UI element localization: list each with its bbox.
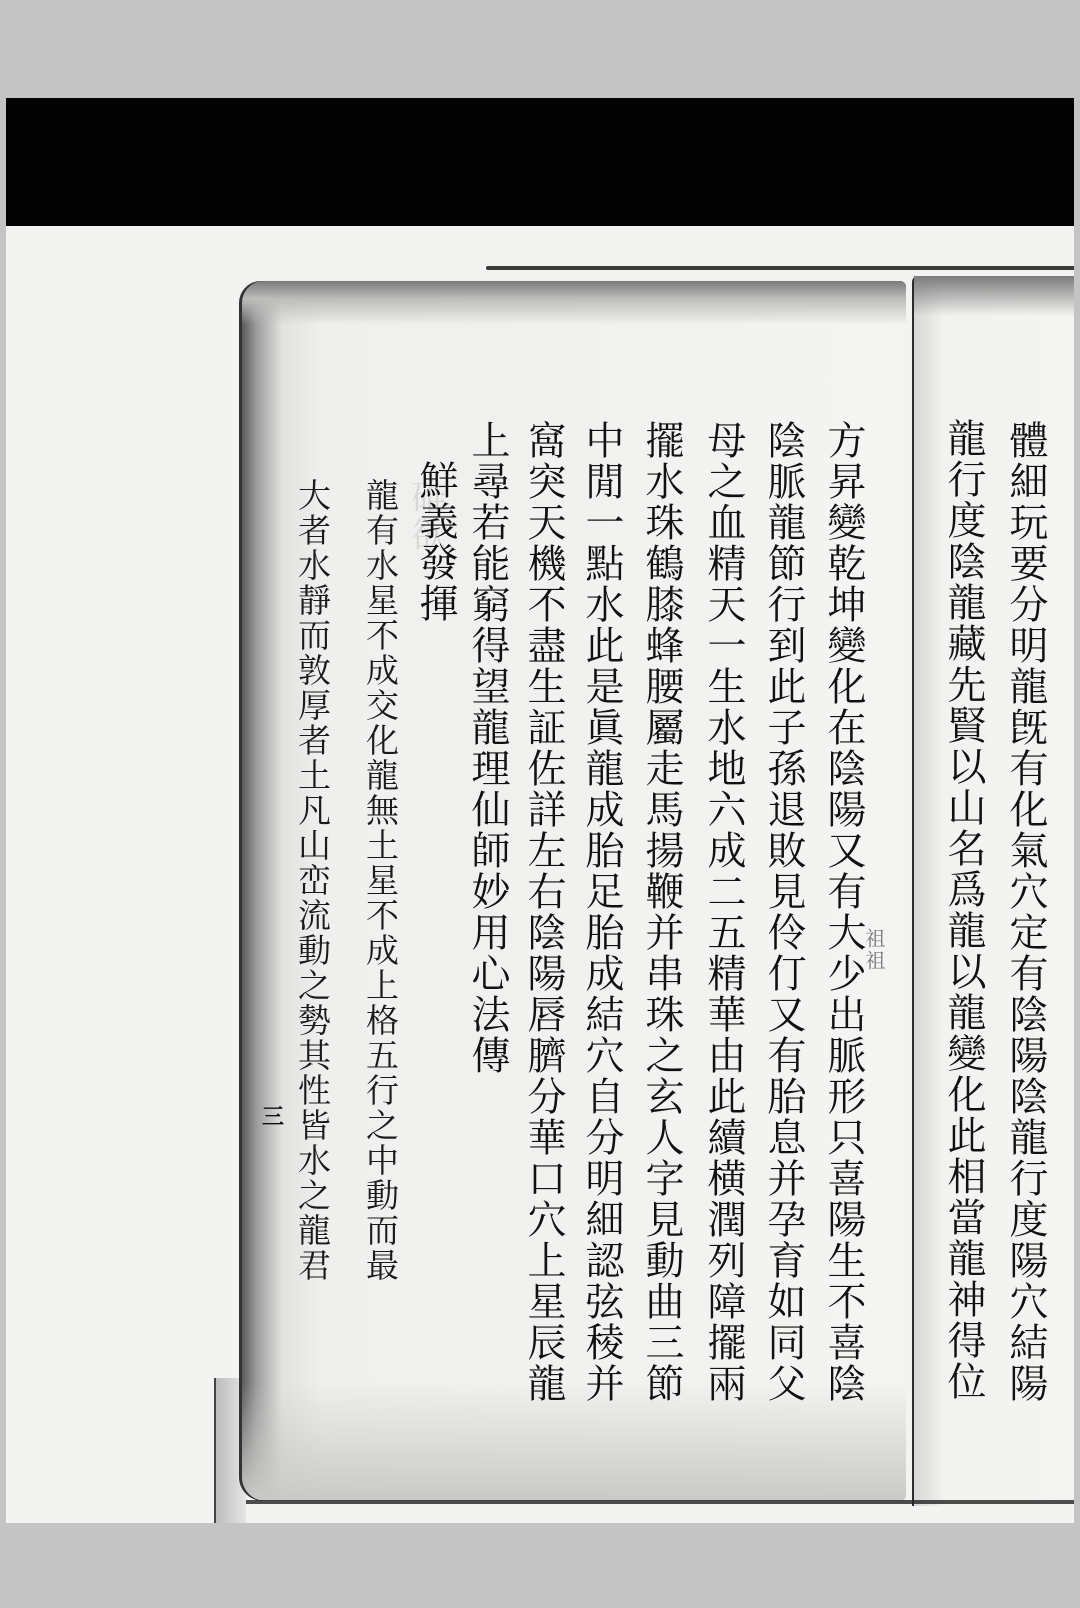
page-top-rule	[486, 266, 1074, 270]
left-page	[242, 281, 906, 1501]
left-page-column-5: 中閒一點水此是眞龍成胎足胎成結穴自分明細認弦稜并	[582, 420, 621, 1404]
margin-note: 祖祖	[864, 928, 884, 972]
left-page-column-1: 方昇變乾坤變化在陰陽又有大少出脈形只喜陽生不喜陰	[824, 420, 863, 1404]
left-page-column-10: 大者水靜而敦厚者土凡山峦流動之勢其性皆水之龍君	[296, 478, 329, 1283]
right-page	[912, 276, 1074, 1506]
left-page-column-3: 母之血精天一生水地六成二五精華由此續横潤列障擺兩	[704, 420, 743, 1404]
scanner-black-band	[6, 98, 1074, 226]
right-page-column-2: 龍行度陰龍藏先賢以山名爲龍以龍變化此相當龍神得位	[944, 418, 983, 1402]
left-page-column-6: 窩突天機不盡生証佐詳左右陰陽唇臍分華口穴上星辰龍	[524, 420, 563, 1404]
right-page-column-1: 體細玩要分明龍旣有化氣穴定有陰陽陰龍行度陽穴結陽	[1006, 420, 1045, 1404]
scanned-page: 碓欲 體細玩要分明龍旣有化氣穴定有陰陽陰龍行度陽穴結陽 龍行度陰龍藏先賢以山名爲…	[6, 98, 1074, 1523]
left-page-column-4: 擺水珠鶴膝蜂腰屬走馬揚鞭并串珠之玄人字見動曲三節	[642, 420, 681, 1404]
left-page-column-7: 上尋若能窮得望龍理仙師妙用心法傳	[468, 420, 507, 1076]
page-number-mark: 三	[262, 1100, 282, 1131]
section-heading: 鮮義發揮	[416, 460, 455, 624]
page-bottom-edge	[246, 1500, 1074, 1504]
left-page-column-2: 陰脈龍節行到此子孫退敗見伶仃又有胎息并孕育如同父	[764, 420, 803, 1404]
left-page-column-9: 龍有水星不成交化龍無土星不成上格五行之中動而最	[364, 478, 397, 1283]
